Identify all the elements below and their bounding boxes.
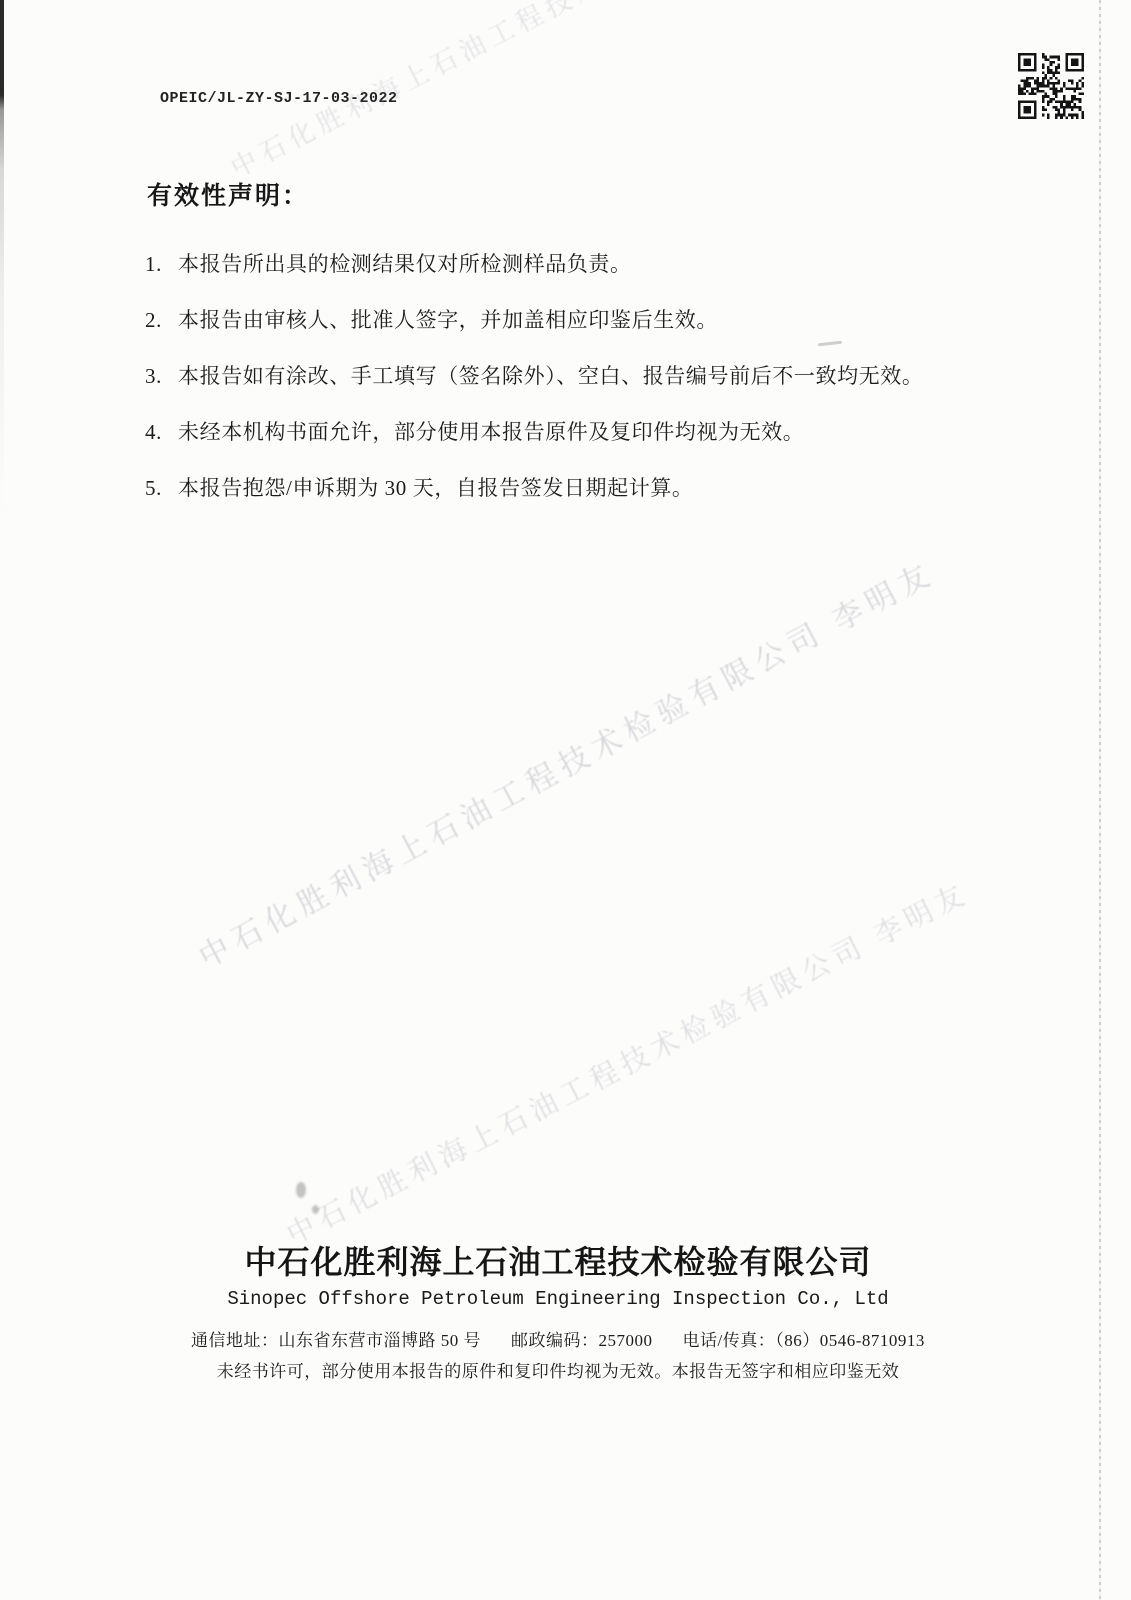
diagonal-watermark: 中石化胜利海上石油工程技术检验有限公司 李明友 <box>190 549 942 977</box>
statement-number: 3. <box>145 362 178 390</box>
contact-address: 通信地址：山东省东营市淄博路 50 号 <box>191 1326 481 1351</box>
company-footer: 中石化胜利海上石油工程技术检验有限公司 Sinopec Offshore Pet… <box>0 1237 1116 1382</box>
statement-item: 4. 未经本机构书面允许，部分使用本报告原件及复印件均视为无效。 <box>145 418 960 446</box>
company-name-cn: 中石化胜利海上石油工程技术检验有限公司 <box>0 1237 1116 1283</box>
diagonal-watermark: 中石化胜利海上石油工程技术检验有限公司 李明友 <box>279 872 975 1253</box>
contact-line: 通信地址：山东省东营市淄博路 50 号 邮政编码：257000 电话/传真：（8… <box>0 1326 1116 1351</box>
statement-number: 1. <box>145 250 178 278</box>
statement-text: 本报告由审核人、批准人签字，并加盖相应印鉴后生效。 <box>178 306 960 334</box>
statement-item: 5. 本报告抱怨/申诉期为 30 天，自报告签发日期起计算。 <box>145 474 960 502</box>
statement-number: 2. <box>145 306 178 334</box>
statement-item: 1. 本报告所出具的检测结果仅对所检测样品负责。 <box>145 250 960 278</box>
ink-speck <box>296 1182 306 1198</box>
statement-number: 4. <box>145 418 178 446</box>
document-code: OPEIC/JL-ZY-SJ-17-03-2022 <box>160 90 398 107</box>
statement-text: 本报告如有涂改、手工填写（签名除外）、空白、报告编号前后不一致均无效。 <box>178 362 960 390</box>
contact-postcode: 邮政编码：257000 <box>511 1326 653 1351</box>
statement-text: 未经本机构书面允许，部分使用本报告原件及复印件均视为无效。 <box>178 418 960 446</box>
statement-item: 3. 本报告如有涂改、手工填写（签名除外）、空白、报告编号前后不一致均无效。 <box>145 362 960 390</box>
ink-speck <box>312 1205 319 1214</box>
company-name-en: Sinopec Offshore Petroleum Engineering I… <box>0 1288 1116 1310</box>
statement-text: 本报告所出具的检测结果仅对所检测样品负责。 <box>178 250 960 278</box>
statements-list: 1. 本报告所出具的检测结果仅对所检测样品负责。 2. 本报告由审核人、批准人签… <box>145 250 960 530</box>
report-validity-page: OPEIC/JL-ZY-SJ-17-03-2022 中石化胜利海上石油工程技术检… <box>0 0 1131 1600</box>
qr-code-icon <box>1018 52 1084 120</box>
statement-number: 5. <box>145 474 178 502</box>
page-title: 有效性声明： <box>147 176 309 212</box>
contact-phone: 电话/传真：（86）0546-8710913 <box>683 1326 925 1351</box>
scan-edge-artifact-left <box>0 0 4 520</box>
statement-text: 本报告抱怨/申诉期为 30 天，自报告签发日期起计算。 <box>178 474 960 502</box>
footer-notice: 未经书许可，部分使用本报告的原件和复印件均视为无效。本报告无签字和相应印鉴无效 <box>0 1357 1116 1382</box>
statement-item: 2. 本报告由审核人、批准人签字，并加盖相应印鉴后生效。 <box>145 306 960 334</box>
